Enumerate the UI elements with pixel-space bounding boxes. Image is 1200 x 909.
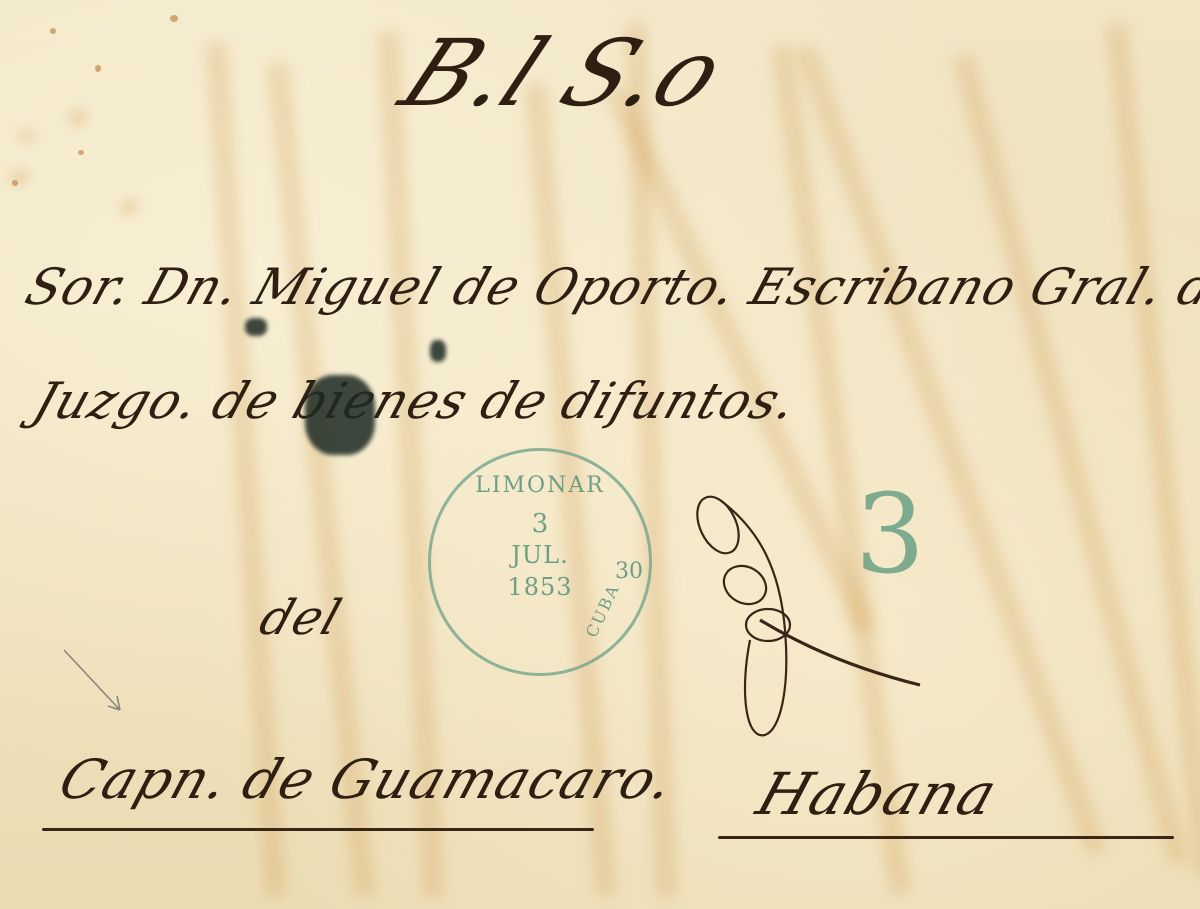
address-line-2: Juzgo. de bienes de difuntos. [27,372,805,430]
foxing-dot [50,28,56,34]
address-city: Habana [749,760,1006,828]
pencil-arrow-icon [62,648,132,718]
ink-smudge [305,375,375,455]
ink-smudge [245,318,267,336]
foxing-spot [120,200,138,214]
postal-cover: B.l S.o Sor. Dn. Miguel de Oporto. Escri… [0,0,1200,909]
postmark-town: LIMONAR [431,473,649,498]
underline-right [718,836,1174,839]
foxing-spot [70,110,86,126]
postmark-day: 3 [431,509,649,539]
address-line-1: Sor. Dn. Miguel de Oporto. Escribano Gra… [19,258,1200,316]
foxing-dot [170,15,178,22]
foxing-dot [95,65,101,72]
postmark: LIMONAR 3 JUL. 1853 30 CUBA [428,448,652,676]
foxing-dot [78,150,84,155]
foxing-spot [20,130,34,142]
postmark-number: 30 [615,559,643,584]
address-line-4: Capn. de Guamacaro. [52,748,683,811]
underline-left [42,828,594,831]
ink-smudge [430,340,446,362]
foxing-dot [12,180,18,186]
flourish-mark [690,490,930,750]
top-annotation: B.l S.o [385,20,742,127]
